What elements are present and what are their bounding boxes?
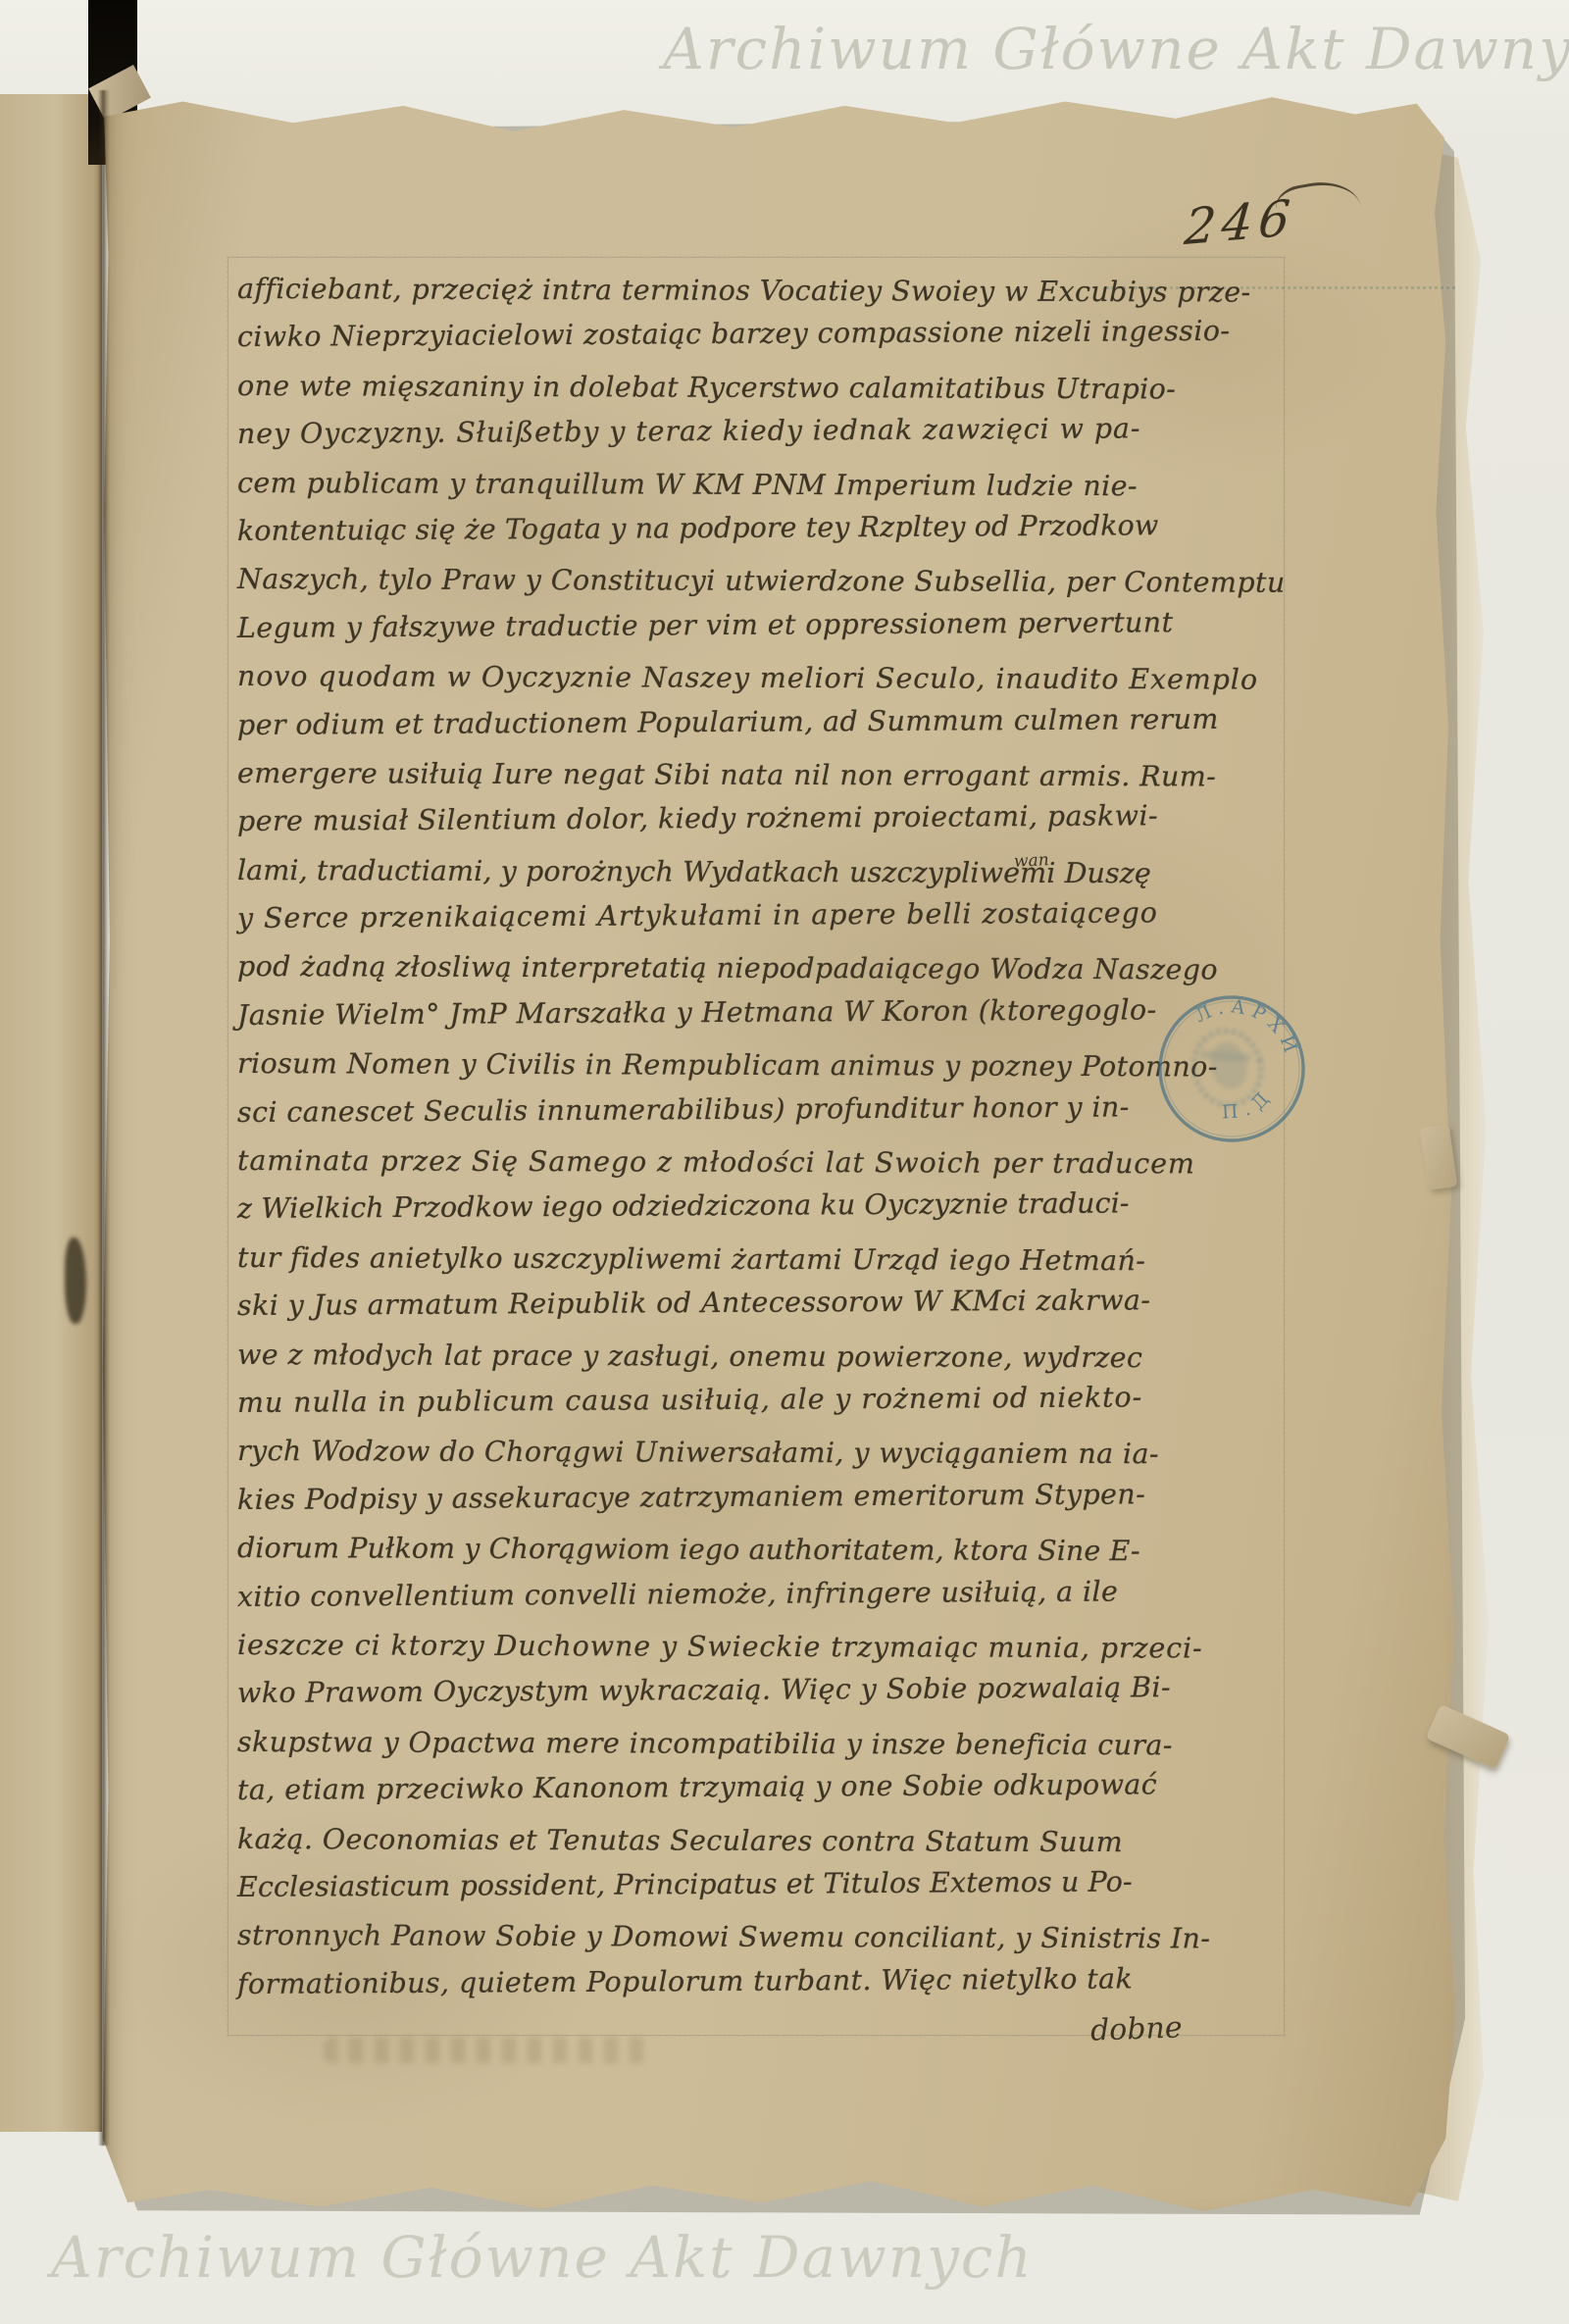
opposite-page-edge	[0, 94, 102, 2132]
manuscript-line: ta, etiam przeciwko Kanonom trzymaią y o…	[237, 1760, 1283, 1815]
manuscript-line: sci canescet Seculis innumerabilibus) pr…	[237, 1082, 1283, 1137]
manuscript-line: wko Prawom Oyczystym wykraczaią. Więc y …	[237, 1663, 1283, 1718]
manuscript-line: pere musiał Silentium dolor, kiedy rożne…	[237, 791, 1283, 846]
ink-bleed-through	[324, 2038, 647, 2063]
archive-watermark-bottom: Archiwum Główne Akt Dawnych	[51, 2224, 1034, 2291]
manuscript-line: ney Oyczyzny. Słuißetby y teraz kiedy ie…	[237, 404, 1283, 459]
manuscript-text-block: afficiebant, przecięż intra terminos Voc…	[237, 265, 1283, 2020]
manuscript-line: y Serce przenikaiącemi Artykułami in ape…	[237, 888, 1283, 943]
manuscript-line: z Wielkich Przodkow iego odziedziczona k…	[237, 1179, 1283, 1234]
manuscript-line: mu nulla in publicum causa usiłuią, ale …	[237, 1372, 1283, 1427]
manuscript-line: per odium et traductionem Popularium, ad…	[237, 694, 1283, 749]
manuscript-line: formationibus, quietem Populorum turbant…	[237, 1953, 1283, 2008]
manuscript-line: ski y Jus armatum Reipublik od Antecesso…	[237, 1276, 1283, 1331]
manuscript-line: xitio convellentium convelli niemoże, in…	[237, 1566, 1283, 1621]
manuscript-line: kies Podpisy y assekuracye zatrzymaniem …	[237, 1469, 1283, 1524]
manuscript-line: ciwko Nieprzyiacielowi zostaiąc barzey c…	[237, 307, 1283, 362]
manuscript-line: Legum y fałszywe traductie per vim et op…	[237, 597, 1283, 652]
interlinear-correction: wan	[1014, 850, 1050, 872]
archive-watermark-top: Archiwum Główne Akt Dawnych	[663, 16, 1569, 82]
manuscript-line: kontentuiąc się że Togata y na podpore t…	[237, 500, 1283, 555]
manuscript-line: Ecclesiasticum possident, Principatus et…	[237, 1856, 1283, 1911]
binding-gutter-crack	[98, 90, 110, 2146]
catchword: dobne	[1089, 2010, 1183, 2047]
manuscript-line: Jasnie Wielm° JmP Marszałka y Hetmana W …	[237, 985, 1283, 1039]
scanned-manuscript-canvas: Archiwum Główne Akt Dawnych Archiwum Głó…	[0, 0, 1569, 2324]
